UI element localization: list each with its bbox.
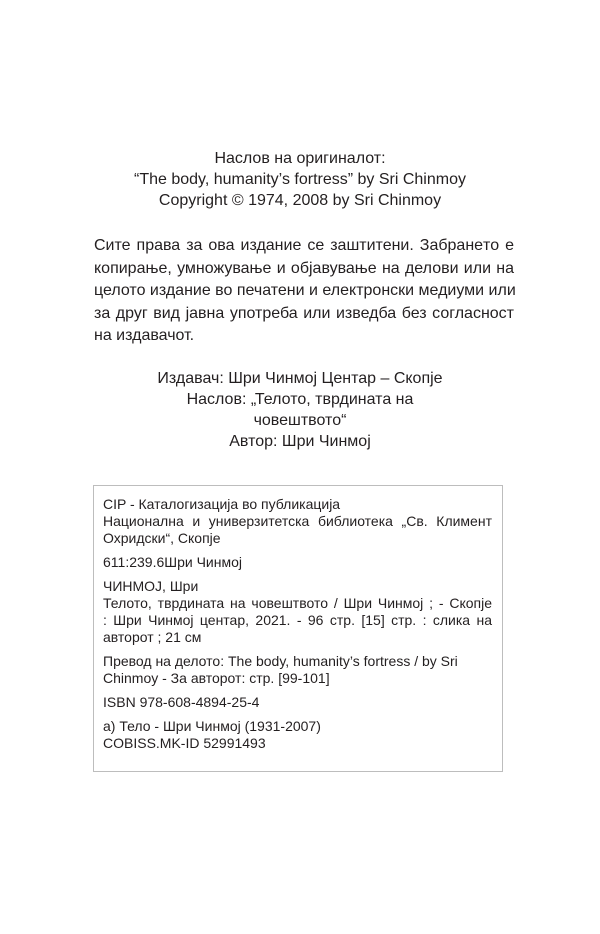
book-title-line: Наслов: „Телото, тврдината на [0,389,600,410]
isbn: ISBN 978-608-4894-25-4 [103,694,492,711]
rights-line: на издавачот. [94,325,514,348]
publisher-info: Издавач: Шри Чинмој Центар – Скопје Насл… [0,368,600,452]
cip-title: CIP - Каталогизација во публикација [103,496,492,513]
book-title-line-continued: човештвото“ [0,410,600,431]
rights-line: целото издание во печатени и електронски… [94,280,514,303]
entry-description: авторот ; 21 см [103,629,492,646]
rights-notice: Сите права за ова издание се заштитени. … [94,235,514,348]
rights-line: за друг вид јавна употреба или изведба б… [94,303,514,326]
original-title-heading: Наслов на оригиналот: [0,148,600,169]
cip-library: Национална и универзитетска библиотека „… [103,513,492,530]
subject-heading: а) Тело - Шри Чинмој (1931-2007) [103,718,492,735]
entry-author: ЧИНМОЈ, Шри [103,578,492,595]
rights-line: копирање, умножување и објавување на дел… [94,258,514,281]
cobiss-id: COBISS.MK-ID 52991493 [103,735,492,752]
cip-header: CIP - Каталогизација во публикација Наци… [103,496,492,547]
author-line: Автор: Шри Чинмој [0,431,600,452]
cip-entry: ЧИНМОЈ, Шри Телото, тврдината на човештв… [103,578,492,646]
original-title-block: Наслов на оригиналот: “The body, humanit… [0,148,600,211]
cip-note: Превод на делото: The body, humanity’s f… [103,653,492,687]
cip-subject: а) Тело - Шри Чинмој (1931-2007) COBISS.… [103,718,492,752]
entry-description: Телото, тврдината на човештвото / Шри Чи… [103,595,492,612]
cip-udc: 611:239.6Шри Чинмој [103,554,492,571]
rights-line: Сите права за ова издание се заштитени. … [94,235,514,258]
publisher-line: Издавач: Шри Чинмој Центар – Скопје [0,368,600,389]
original-title-text: “The body, humanity’s fortress” by Sri C… [0,169,600,190]
translation-note: Превод на делото: The body, humanity’s f… [103,653,492,670]
udc-code: 611:239.6Шри Чинмој [103,554,492,571]
copyright-line: Copyright © 1974, 2008 by Sri Chinmoy [0,190,600,211]
cip-record-box: CIP - Каталогизација во публикација Наци… [93,485,503,772]
cip-isbn: ISBN 978-608-4894-25-4 [103,694,492,711]
entry-description: : Шри Чинмој центар, 2021. - 96 стр. [15… [103,612,492,629]
translation-note: Chinmoy - За авторот: стр. [99-101] [103,670,492,687]
cip-library-continued: Охридски“, Скопје [103,530,492,547]
